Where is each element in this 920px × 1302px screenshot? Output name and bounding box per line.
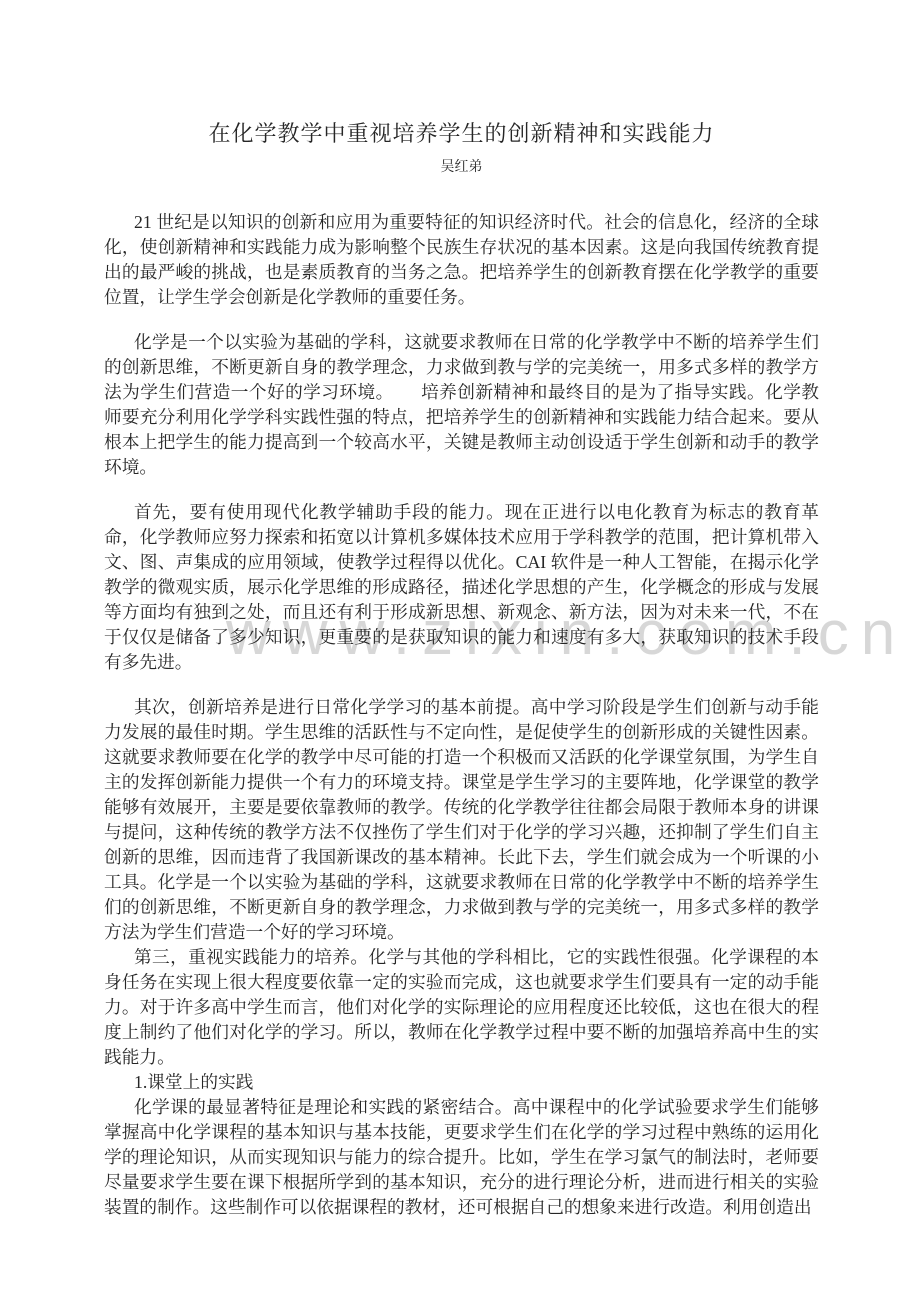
paragraph-intro: 21 世纪是以知识的创新和应用为重要特征的知识经济时代。社会的信息化，经济的全球… (104, 210, 819, 310)
paragraph-chemistry-experiment-basis: 化学是一个以实验为基础的学科，这就要求教师在日常的化学教学中不断的培养学生们的创… (104, 330, 819, 480)
document-content: 在化学教学中重视培养学生的创新精神和实践能力 吴红弟 21 世纪是以知识的创新和… (0, 0, 920, 1220)
paragraph-classroom-practice-detail: 化学课的最显著特征是理论和实践的紧密结合。高中课程中的化学试验要求学生们能够掌握… (104, 1095, 819, 1220)
document-title: 在化学教学中重视培养学生的创新精神和实践能力 (104, 121, 819, 147)
section-heading-classroom-practice: 1.课堂上的实践 (104, 1070, 819, 1095)
paragraph-first-point-modern-teaching-aids: 首先，要有使用现代化教学辅助手段的能力。现在正进行以电化教育为标志的教育革命，化… (104, 500, 819, 675)
paragraph-second-point-innovation-cultivation: 其次，创新培养是进行日常化学学习的基本前提。高中学习阶段是学生们创新与动手能力发… (104, 695, 819, 945)
document-page: www.zixin.com.cn 在化学教学中重视培养学生的创新精神和实践能力 … (0, 0, 920, 1302)
paragraph-third-point-practical-ability: 第三，重视实践能力的培养。化学与其他的学科相比，它的实践性很强。化学课程的本身任… (104, 945, 819, 1070)
document-author: 吴红弟 (104, 159, 819, 177)
